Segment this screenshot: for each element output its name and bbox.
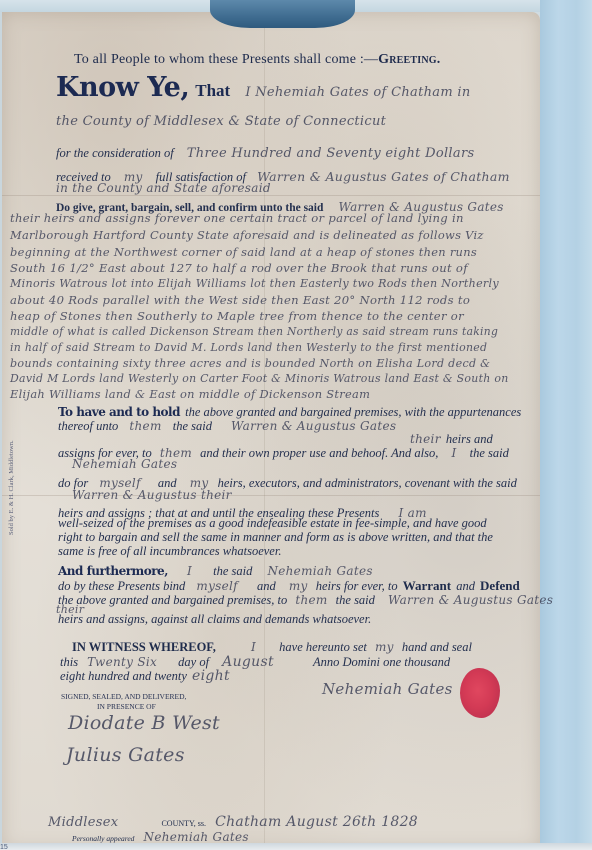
wax-seal bbox=[460, 668, 500, 718]
document-heading: To all People to whom these Presents sha… bbox=[74, 52, 440, 68]
sleeve-tab bbox=[210, 0, 355, 28]
description-line: bounds containing sixty three acres and … bbox=[10, 357, 490, 370]
sleeve-bottom bbox=[0, 843, 592, 850]
greeting: Greeting. bbox=[378, 52, 440, 67]
witness-signature: Diodate B West bbox=[68, 712, 220, 734]
printer-margin-note: Sold by E. & H. Clark, Middletown. bbox=[8, 440, 15, 535]
witness-signature: Julius Gates bbox=[66, 744, 185, 766]
corner-tag: 15 bbox=[0, 844, 8, 850]
grantor-signature: Nehemiah Gates bbox=[322, 680, 453, 698]
description-line: Elijah Williams land & East on middle of… bbox=[10, 387, 370, 401]
description-line: beginning at the Northwest corner of sai… bbox=[10, 245, 477, 259]
description-line: Marlborough Hartford County State afores… bbox=[10, 228, 484, 242]
consideration-line: for the consideration of Three Hundred a… bbox=[56, 142, 474, 161]
grantor-hand: I Nehemiah Gates of Chatham in bbox=[245, 85, 470, 100]
description-line: South 16 1/2° East about 127 to half a r… bbox=[10, 261, 468, 275]
description-line: heap of Stones then Southerly to Maple t… bbox=[10, 309, 464, 323]
description-line: in half of said Stream to David M. Lords… bbox=[10, 341, 487, 354]
description-line: David M Lords land Westerly on Carter Fo… bbox=[10, 372, 509, 385]
signed-label: SIGNED, SEALED, AND DELIVERED, bbox=[61, 692, 186, 701]
description-line: their heirs and assigns forever one cert… bbox=[10, 211, 464, 225]
know-ye-gothic: Know Ye, bbox=[56, 72, 189, 103]
description-line: about 40 Rods parallel with the West sid… bbox=[10, 293, 470, 307]
plastic-sleeve-edge bbox=[540, 0, 592, 850]
grantor-county-hand: the County of Middlesex & State of Conne… bbox=[56, 114, 386, 129]
description-line: Minoris Watrous lot into Elijah Williams… bbox=[10, 277, 499, 290]
know-ye-line: Know Ye,That I Nehemiah Gates of Chatham… bbox=[56, 72, 471, 103]
consideration-amount: Three Hundred and Seventy eight Dollars bbox=[187, 146, 475, 161]
description-line: middle of what is called Dickenson Strea… bbox=[10, 325, 498, 338]
